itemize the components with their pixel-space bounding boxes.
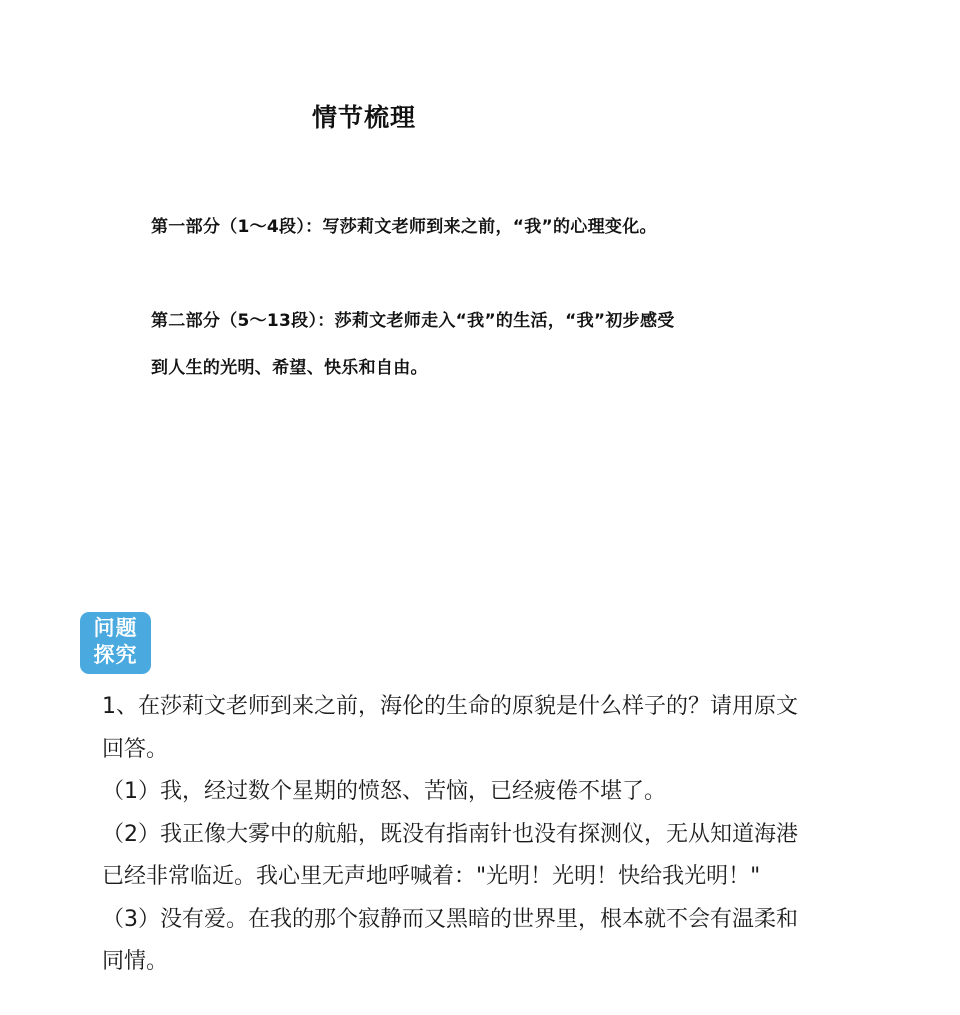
answer-2-line-2: 已经非常临近。我心里无声地呼喊着："光明！光明！快给我光明！" [102,856,862,899]
badge-line-2: 探究 [80,642,151,669]
answer-3-line-1: （3）没有爱。在我的那个寂静而又黑暗的世界里，根本就不会有温柔和 [102,899,862,942]
answer-3-line-2: 同情。 [102,941,862,984]
question-text-line-2: 回答。 [102,729,862,772]
question-text-line-1: 1、在莎莉文老师到来之前，海伦的生命的原貌是什么样子的？请用原文 [102,686,862,729]
question-block: 1、在莎莉文老师到来之前，海伦的生命的原貌是什么样子的？请用原文 回答。 （1）… [102,686,862,984]
section-title: 情节梳理 [312,98,416,134]
outline-part-1: 第一部分（1～4段）：写莎莉文老师到来之前，“我”的心理变化。 [151,212,657,237]
answer-2-line-1: （2）我正像大雾中的航船，既没有指南针也没有探测仪，无从知道海港 [102,814,862,857]
outline-part-2-line-2: 到人生的光明、希望、快乐和自由。 [151,353,428,378]
answer-1: （1）我，经过数个星期的愤怒、苦恼，已经疲倦不堪了。 [102,771,862,814]
question-explore-badge: 问题 探究 [80,612,151,674]
badge-line-1: 问题 [80,615,151,642]
outline-part-2-line-1: 第二部分（5～13段）：莎莉文老师走入“我”的生活，“我”初步感受 [151,306,675,331]
